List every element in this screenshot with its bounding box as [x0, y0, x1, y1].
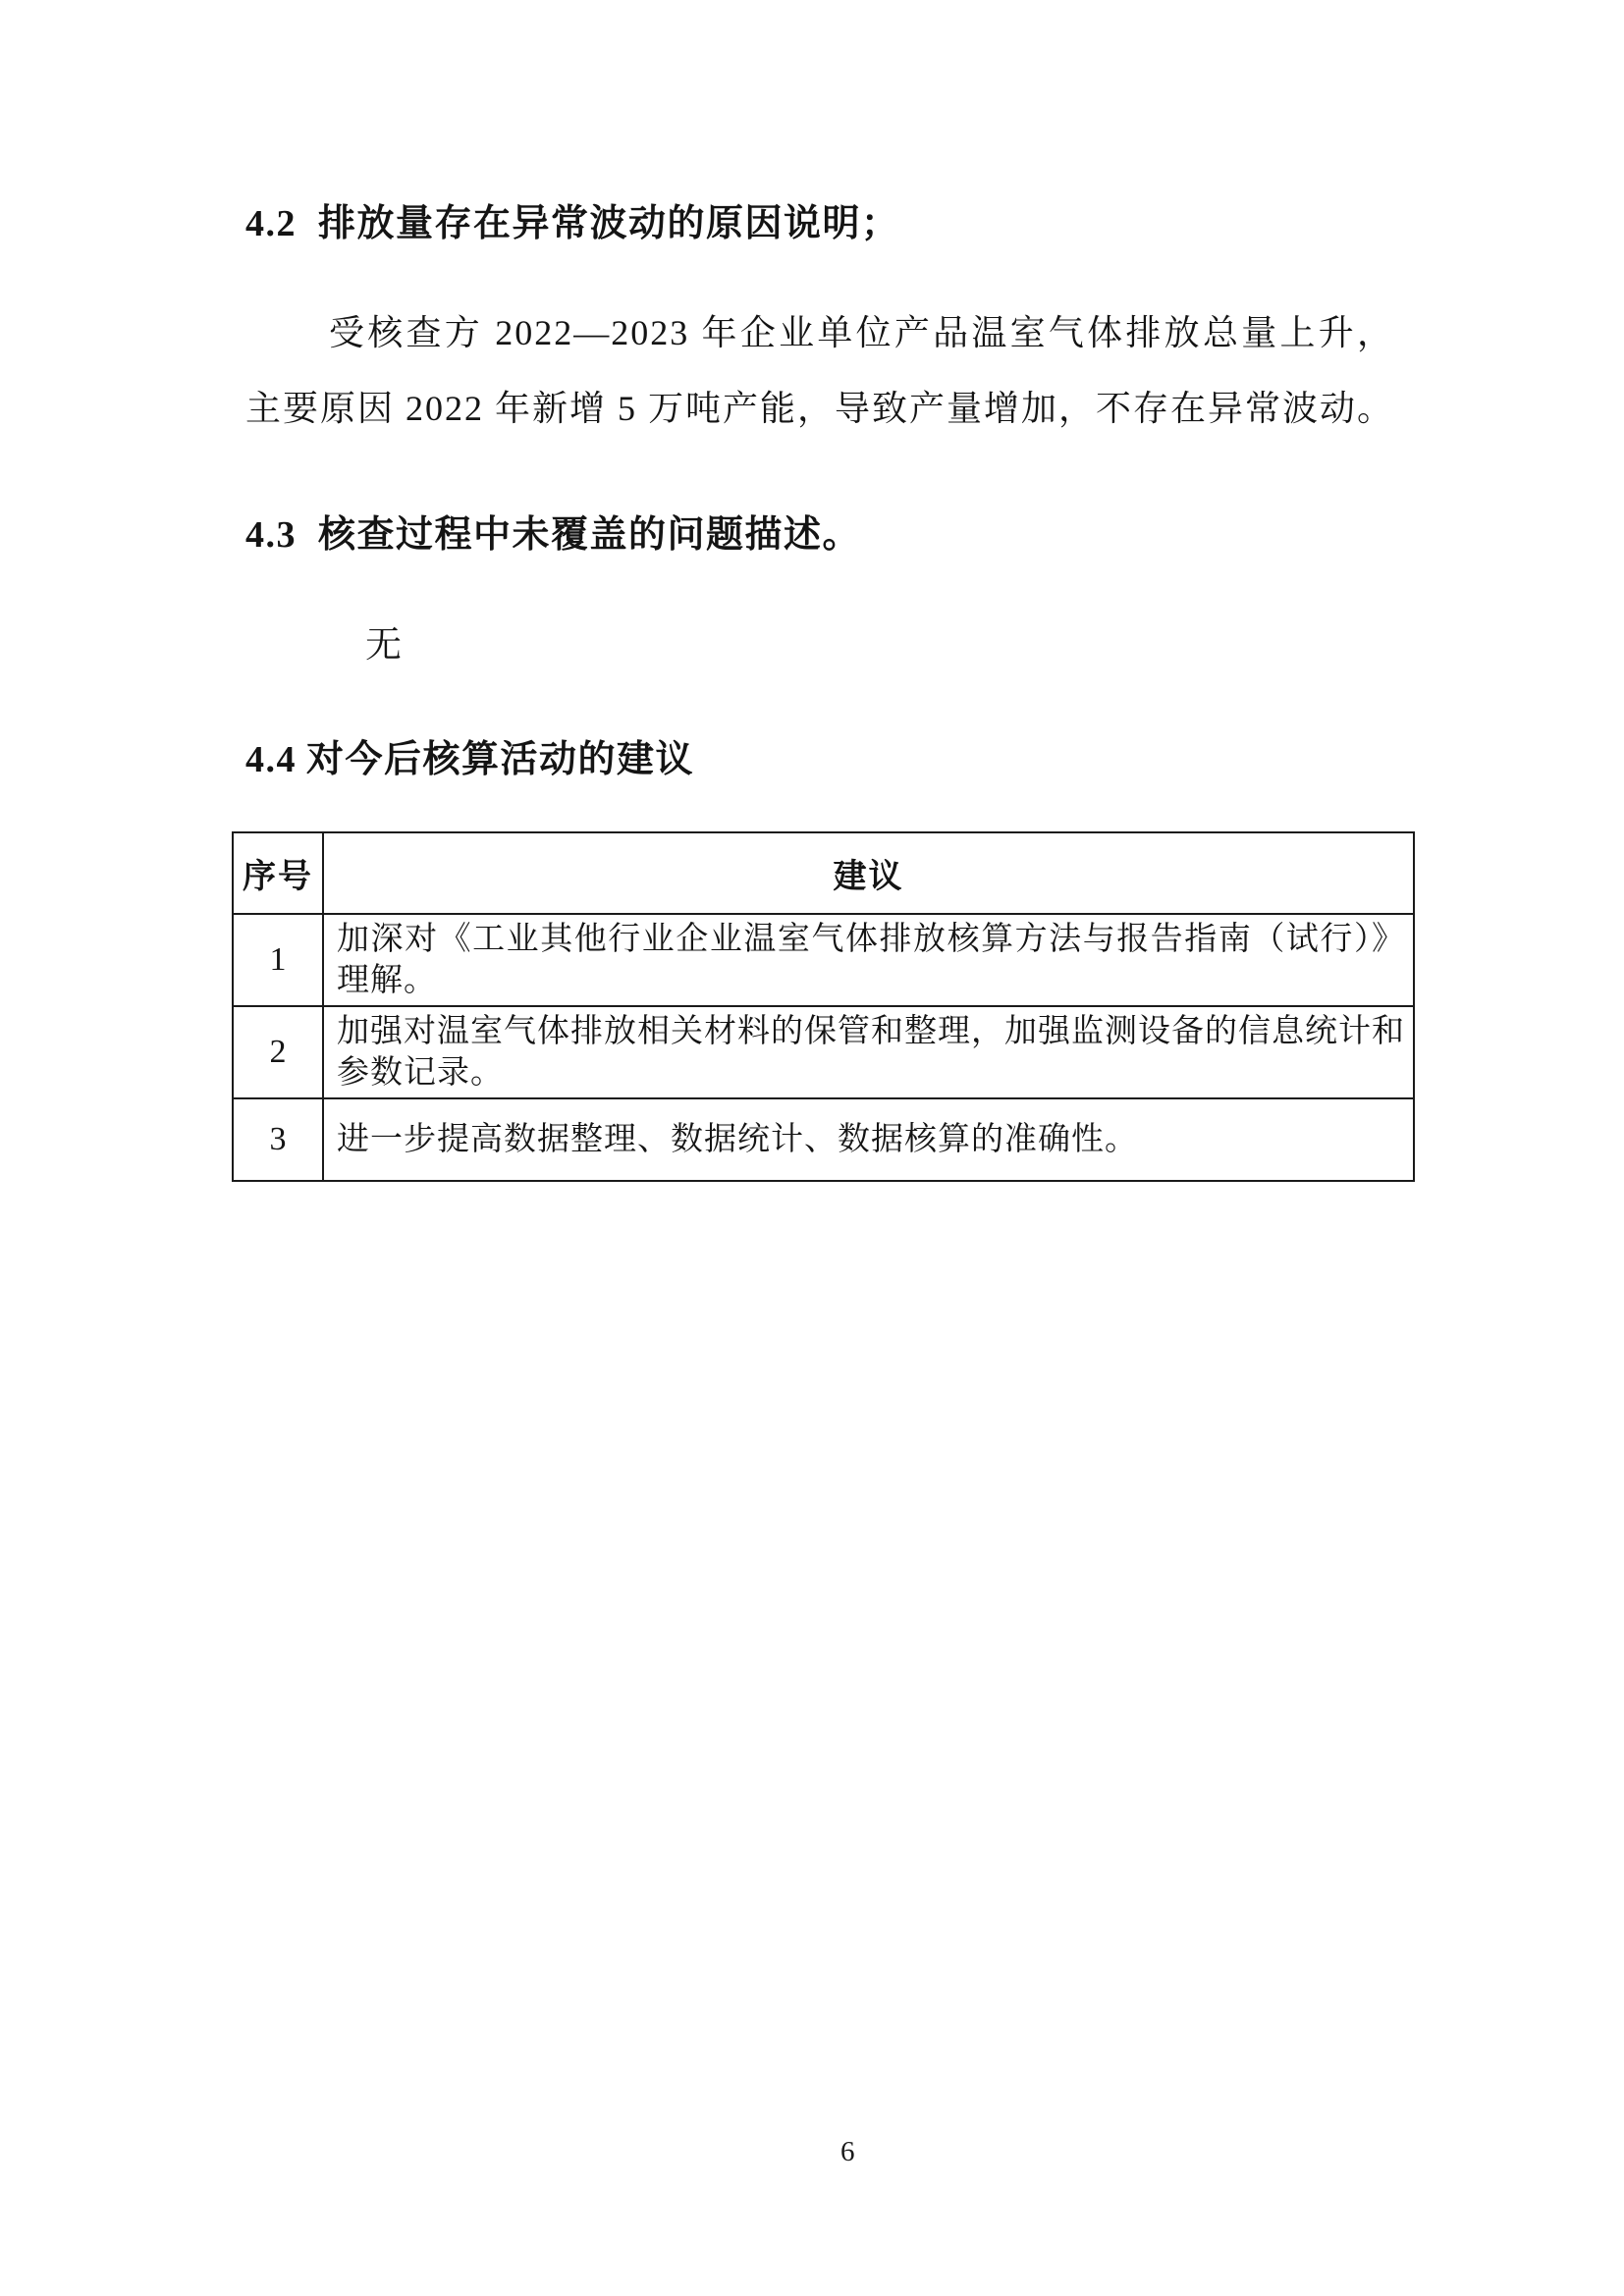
section-4-4-heading: 4.4对今后核算活动的建议: [245, 728, 1624, 782]
suggestion-cell: 加强对温室气体排放相关材料的保管和整理，加强监测设备的信息统计和参数记录。: [323, 1006, 1414, 1098]
section-4-3-number: 4.3: [245, 513, 297, 557]
table-row: 3 进一步提高数据整理、数据统计、数据核算的准确性。: [233, 1098, 1414, 1181]
suggestion-cell: 加深对《工业其他行业企业温室气体排放核算方法与报告指南（试行）》理解。: [323, 914, 1414, 1006]
table-header-row: 序号 建议: [233, 832, 1414, 914]
row-number-cell: 3: [233, 1098, 323, 1181]
table-row: 1 加深对《工业其他行业企业温室气体排放核算方法与报告指南（试行）》理解。: [233, 914, 1414, 1006]
section-4-4-title: 对今后核算活动的建议: [306, 739, 694, 780]
section-4-2-number: 4.2: [245, 202, 297, 245]
section-4-2-body: 受核查方 2022—2023 年企业单位产品温室气体排放总量上升，主要原因 20…: [245, 295, 1394, 447]
document-page: 4.2排放量存在异常波动的原因说明； 受核查方 2022—2023 年企业单位产…: [0, 0, 1624, 2296]
suggestion-cell: 进一步提高数据整理、数据统计、数据核算的准确性。: [323, 1098, 1414, 1181]
table-row: 2 加强对温室气体排放相关材料的保管和整理，加强监测设备的信息统计和参数记录。: [233, 1006, 1414, 1098]
section-4-4-number: 4.4: [245, 738, 297, 781]
page-number: 6: [840, 2136, 855, 2168]
section-4-2-title: 排放量存在异常波动的原因说明；: [318, 203, 900, 244]
section-4-3-body: 无: [365, 614, 1624, 667]
section-4-3-title: 核查过程中未覆盖的问题描述。: [318, 514, 861, 556]
section-4-2-heading: 4.2排放量存在异常波动的原因说明；: [245, 0, 1624, 246]
suggestions-table: 序号 建议 1 加深对《工业其他行业企业温室气体排放核算方法与报告指南（试行）》…: [232, 831, 1415, 1182]
table-header-suggestion: 建议: [323, 832, 1414, 914]
row-number-cell: 1: [233, 914, 323, 1006]
table-header-no: 序号: [233, 832, 323, 914]
section-4-3-heading: 4.3核查过程中未覆盖的问题描述。: [245, 504, 1624, 558]
row-number-cell: 2: [233, 1006, 323, 1098]
